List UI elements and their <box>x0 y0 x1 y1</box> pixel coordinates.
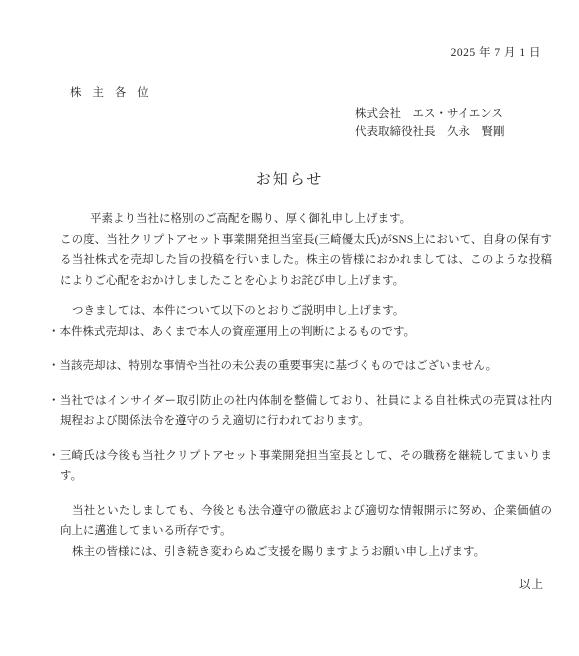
paragraph-closing-commitment: 当社といたしましても、今後とも法令遵守の徹底および適切な情報開示に努め、企業価値… <box>60 501 552 542</box>
bullet-item-insider-trading-controls: ・当社ではインサイダー取引防止の社内体制を整備しており、社員による自社株式の売買… <box>60 391 552 432</box>
recipient-shareholders: 株 主 各 位 <box>0 86 579 100</box>
document-body: 平素より当社に格別のご高配を賜り、厚く御礼申し上げます。 この度、当社クリプトア… <box>60 209 552 562</box>
bullet-item-personal-judgement: ・本件株式売却は、あくまで本人の資産運用上の判断によるものです。 <box>60 322 552 343</box>
document-title: お知らせ <box>0 171 579 189</box>
sign-off: 以上 <box>0 575 579 596</box>
notice-document-page: 2025 年 7 月 1 日 株 主 各 位 株式会社 エス・サイエンス 代表取… <box>0 0 579 656</box>
sender-representative-name: 代表取締役社長 久永 賢剛 <box>355 123 579 141</box>
paragraph-explanation-lead: つきましては、本件について以下のとおりご説明申し上げます。 <box>60 301 552 322</box>
sender-block: 株式会社 エス・サイエンス 代表取締役社長 久永 賢剛 <box>0 105 579 141</box>
paragraph-greeting: 平素より当社に格別のご高配を賜り、厚く御礼申し上げます。 <box>60 209 552 230</box>
bullet-item-role-continuation: ・三崎氏は今後も当社クリプトアセット事業開発担当室長として、その職務を継続してま… <box>60 446 552 487</box>
document-date: 2025 年 7 月 1 日 <box>0 46 579 60</box>
paragraph-closing-request: 株主の皆様には、引き続き変わらぬご支援を賜りますようお願い申し上げます。 <box>60 542 552 563</box>
sender-company-name: 株式会社 エス・サイエンス <box>355 105 579 123</box>
bullet-item-no-insider-facts: ・当該売却は、特別な事情や当社の未公表の重要事実に基づくものではございません。 <box>60 356 552 377</box>
paragraph-incident-description: この度、当社クリプトアセット事業開発担当室長(三崎優太氏)がSNS上において、自… <box>60 230 552 292</box>
